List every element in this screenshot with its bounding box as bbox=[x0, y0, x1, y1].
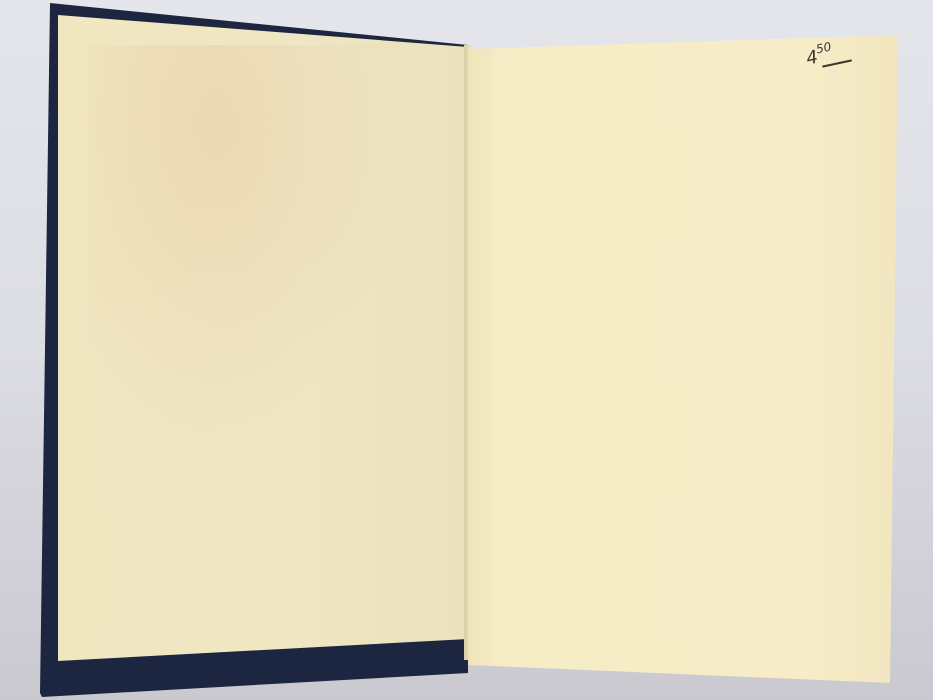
right-flyleaf bbox=[468, 35, 898, 683]
price-sup: 50 bbox=[815, 40, 833, 57]
handwritten-price: 450 bbox=[804, 41, 835, 69]
left-endpaper bbox=[58, 15, 468, 661]
page-stain bbox=[88, 45, 408, 445]
